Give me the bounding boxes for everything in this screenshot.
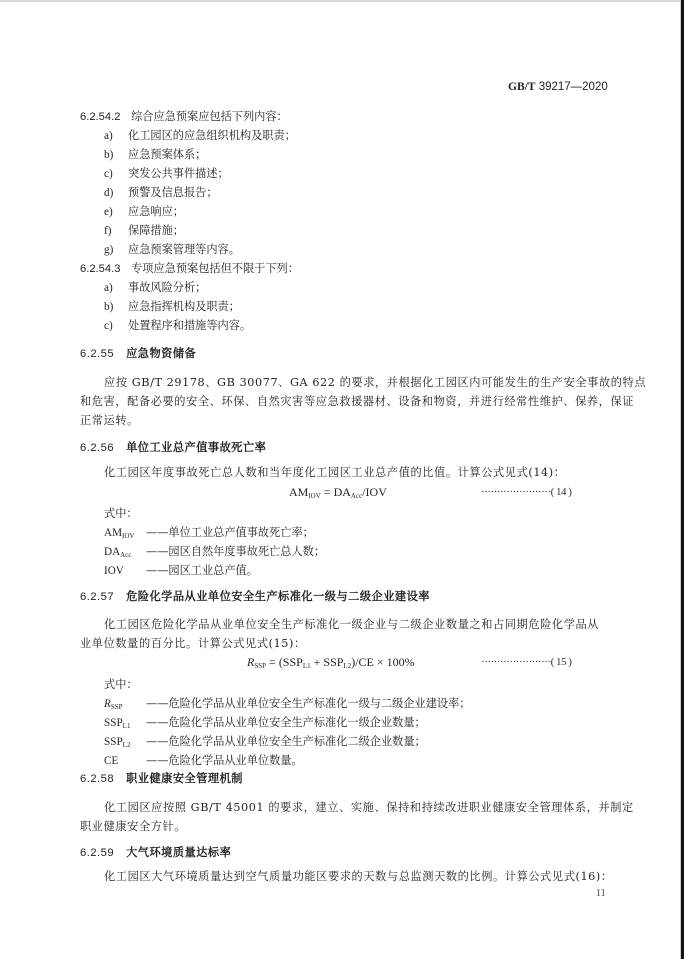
list-item: c)处置程序和措施等内容。 xyxy=(104,319,251,333)
standard-code-header: GB/T 39217—2020 xyxy=(508,81,608,93)
section-number: 6.2.59 xyxy=(80,847,114,859)
list-label: d) xyxy=(104,186,128,200)
formula-subscript: Acc xyxy=(351,492,362,500)
where-label: 式中： xyxy=(104,678,138,692)
equation-number-14: ······················( 14 ) xyxy=(481,485,571,499)
definition-symbol: SSPL1 xyxy=(104,716,146,733)
symbol-text: IOV xyxy=(104,565,124,577)
list-label: a) xyxy=(104,129,128,143)
list-item: d)预警及信息报告； xyxy=(104,186,218,200)
clause-6-2-54-2: 6.2.54.2 综合应急预案应包括下列内容： xyxy=(80,110,288,124)
section-title: 职业健康安全管理机制 xyxy=(126,772,243,785)
list-item: a)化工园区的应急组织机构及职责； xyxy=(104,129,296,143)
definition-symbol: IOV xyxy=(104,564,146,578)
definition-symbol: SSPL2 xyxy=(104,735,146,752)
equation-number-15: ······················( 15 ) xyxy=(481,655,571,669)
formula-subscript: SSP xyxy=(254,662,266,670)
paragraph-line: 化工园区大气环境质量达到空气质量功能区要求的天数与总监测天数的比例。计算公式见式… xyxy=(104,870,613,884)
section-title: 单位工业总产值事故死亡率 xyxy=(126,441,266,454)
section-number: 6.2.55 xyxy=(80,348,114,360)
definition-item: AMIOV——单位工业总产值事故死亡率； xyxy=(104,526,314,543)
definition-text: ——危险化学品从业单位安全生产标准化二级企业数量； xyxy=(146,735,426,748)
paragraph-line: 化工园区应按照 GB/T 45001 的要求，建立、实施、保持和持续改进职业健康… xyxy=(104,801,634,815)
symbol-text: SSP xyxy=(104,717,123,729)
section-heading-6-2-59: 6.2.59大气环境质量达标率 xyxy=(80,846,231,860)
symbol-text: AM xyxy=(104,527,122,539)
list-text: 处置程序和措施等内容。 xyxy=(128,319,251,332)
symbol-text: SSP xyxy=(104,736,123,748)
definition-item: RSSP——危险化学品从业单位安全生产标准化一级与二级企业建设率； xyxy=(104,697,470,714)
definition-symbol: AMIOV xyxy=(104,526,146,543)
paragraph-line: 化工园区危险化学品从业单位安全生产标准化一级企业与二级企业数量之和占同期危险化学… xyxy=(104,618,599,632)
section-number: 6.2.57 xyxy=(80,591,114,603)
list-label: b) xyxy=(104,300,128,314)
definition-text: ——园区自然年度事故死亡总人数； xyxy=(146,545,325,558)
definition-text: ——单位工业总产值事故死亡率； xyxy=(146,526,314,539)
paragraph-line: 应按 GB/T 29178、GB 30077、GA 622 的要求，并根据化工园… xyxy=(104,376,646,390)
section-number: 6.2.58 xyxy=(80,773,114,785)
list-text: 应急预案管理等内容。 xyxy=(128,243,240,256)
symbol-text: CE xyxy=(104,755,118,767)
symbol-text: DA xyxy=(104,546,120,558)
list-label: c) xyxy=(104,167,128,181)
definition-text: ——危险化学品从业单位安全生产标准化一级企业数量； xyxy=(146,716,426,729)
clause-number: 6.2.54.2 xyxy=(80,111,120,123)
where-label: 式中： xyxy=(104,507,138,521)
section-number: 6.2.56 xyxy=(80,442,114,454)
formula-symbol: /IOV xyxy=(362,485,387,499)
list-label: b) xyxy=(104,148,128,162)
definition-symbol: CE xyxy=(104,754,146,768)
paragraph-line: 业单位数量的百分比。计算公式见式(15)： xyxy=(80,637,306,651)
formula-symbol: DA xyxy=(334,485,351,499)
list-text: 应急预案体系； xyxy=(128,148,206,161)
list-text: 预警及信息报告； xyxy=(128,186,218,199)
list-item: b)应急预案体系； xyxy=(104,148,206,162)
definition-item: IOV——园区工业总产值。 xyxy=(104,564,258,578)
list-label: e) xyxy=(104,205,128,219)
symbol-text: R xyxy=(104,698,111,710)
definition-item: SSPL2——危险化学品从业单位安全生产标准化二级企业数量； xyxy=(104,735,426,752)
section-title: 应急物资储备 xyxy=(126,347,196,360)
symbol-subscript: IOV xyxy=(122,532,134,540)
symbol-subscript: SSP xyxy=(111,703,123,711)
list-item: f)保障措施； xyxy=(104,224,184,238)
equation-number: ( 15 ) xyxy=(551,656,572,668)
list-item: a)事故风险分析； xyxy=(104,281,206,295)
definition-item: DAAcc——园区自然年度事故死亡总人数； xyxy=(104,545,325,562)
list-text: 应急指挥机构及职责； xyxy=(128,300,240,313)
section-title: 大气环境质量达标率 xyxy=(126,846,231,859)
standard-number: 39217—2020 xyxy=(539,81,608,93)
section-title: 危险化学品从业单位安全生产标准化一级与二级企业建设率 xyxy=(126,590,430,603)
list-text: 化工园区的应急组织机构及职责； xyxy=(128,129,296,142)
definition-symbol: DAAcc xyxy=(104,545,146,562)
clause-number: 6.2.54.3 xyxy=(80,263,120,275)
page-number: 11 xyxy=(596,888,606,899)
section-heading-6-2-55: 6.2.55应急物资储备 xyxy=(80,347,196,361)
list-text: 突发公共事件描述； xyxy=(128,167,229,180)
section-heading-6-2-57: 6.2.57危险化学品从业单位安全生产标准化一级与二级企业建设率 xyxy=(80,590,430,604)
symbol-subscript: L1 xyxy=(123,722,131,730)
formula-symbol: (SSP xyxy=(279,655,303,669)
list-text: 事故风险分析； xyxy=(128,281,206,294)
list-text: 应急响应； xyxy=(128,205,184,218)
list-item: b)应急指挥机构及职责； xyxy=(104,300,240,314)
paragraph-line: 正常运转。 xyxy=(80,414,139,428)
definition-item: SSPL1——危险化学品从业单位安全生产标准化一级企业数量； xyxy=(104,716,426,733)
definition-symbol: RSSP xyxy=(104,697,146,714)
section-heading-6-2-58: 6.2.58职业健康安全管理机制 xyxy=(80,772,243,786)
list-label: c) xyxy=(104,319,128,333)
formula-subscript: IOV xyxy=(308,492,320,500)
standard-prefix: GB/T xyxy=(508,81,535,93)
page-top-edge xyxy=(0,0,684,2)
paragraph-line: 化工园区年度事故死亡总人数和当年度化工园区工业总产值的比值。计算公式见式(14)… xyxy=(104,466,566,480)
paragraph-line: 职业健康安全方针。 xyxy=(80,820,186,834)
section-heading-6-2-56: 6.2.56单位工业总产值事故死亡率 xyxy=(80,441,266,455)
clause-6-2-54-3: 6.2.54.3 专项应急预案包括但不限于下列： xyxy=(80,262,299,276)
definition-text: ——危险化学品从业单位安全生产标准化一级与二级企业建设率； xyxy=(146,697,470,710)
list-item: e)应急响应； xyxy=(104,205,184,219)
formula-subscript: L1 xyxy=(303,662,311,670)
list-label: g) xyxy=(104,243,128,257)
symbol-subscript: L2 xyxy=(123,741,131,749)
definition-text: ——危险化学品从业单位数量。 xyxy=(146,754,303,767)
paragraph-line: 和危害，配备必要的安全、环保、自然灾害等应急救援器材、设备和物资，并进行经常性维… xyxy=(80,395,634,409)
formula-15: RSSP = (SSPL1 + SSPL2)/CE × 100% xyxy=(247,655,415,673)
list-item: g)应急预案管理等内容。 xyxy=(104,243,240,257)
definition-text: ——园区工业总产值。 xyxy=(146,564,258,577)
list-text: 保障措施； xyxy=(128,224,184,237)
formula-symbol: + SSP xyxy=(311,655,344,669)
equation-number: ( 14 ) xyxy=(551,486,572,498)
clause-intro: 专项应急预案包括但不限于下列： xyxy=(131,262,299,275)
formula-symbol: )/CE × 100% xyxy=(351,655,414,669)
list-item: c)突发公共事件描述； xyxy=(104,167,229,181)
list-label: f) xyxy=(104,224,128,238)
formula-14: AMIOV = DAAcc/IOV xyxy=(289,485,387,503)
symbol-subscript: Acc xyxy=(120,551,131,559)
clause-intro: 综合应急预案应包括下列内容： xyxy=(131,110,288,123)
list-label: a) xyxy=(104,281,128,295)
definition-item: CE——危险化学品从业单位数量。 xyxy=(104,754,303,768)
formula-symbol: AM xyxy=(289,485,308,499)
